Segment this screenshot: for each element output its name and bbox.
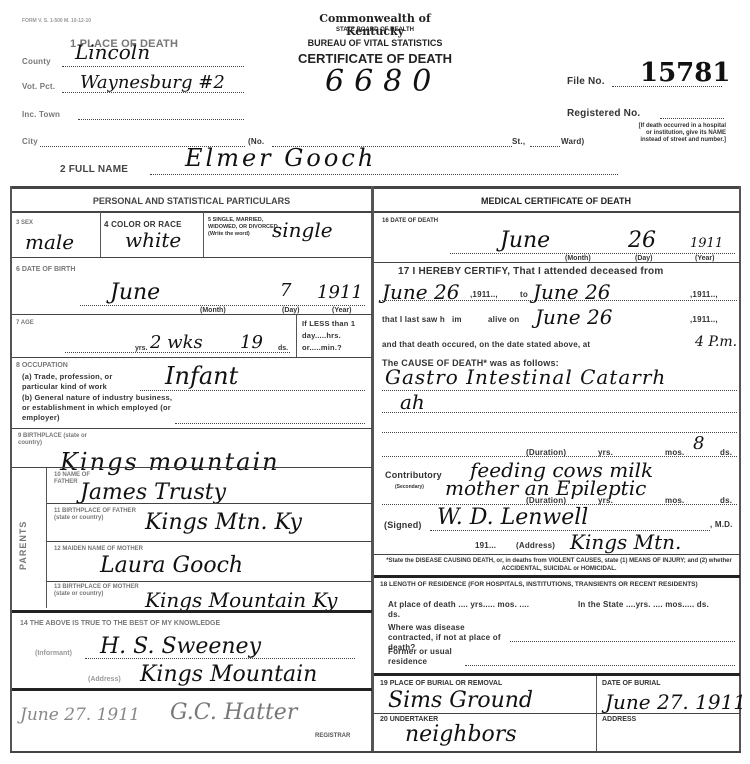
contracted-line xyxy=(510,641,735,642)
cause-line-1 xyxy=(382,390,737,391)
dob-day: 7 xyxy=(280,280,291,301)
dob-month: June xyxy=(110,280,160,305)
bureau-name: BUREAU OF VITAL STATISTICS xyxy=(270,38,480,48)
dod-month: June xyxy=(500,228,550,253)
divider xyxy=(374,262,740,263)
divider xyxy=(12,467,372,468)
divider xyxy=(12,211,372,213)
duration-ds-label: ds. xyxy=(720,448,732,457)
divider xyxy=(374,554,740,555)
divider xyxy=(12,610,372,613)
full-name-line xyxy=(150,174,618,175)
race-value: white xyxy=(125,228,181,252)
city-label: City xyxy=(22,137,38,146)
divider xyxy=(12,688,372,691)
divider xyxy=(47,541,372,542)
left-border xyxy=(10,186,12,752)
attended-from-year: ,1911.., xyxy=(470,290,498,299)
dod-day-caption: (Day) xyxy=(635,255,653,262)
divider xyxy=(47,581,372,582)
divider xyxy=(374,211,740,213)
marital-value: single xyxy=(272,218,333,242)
occupation-b-label: (b) General nature of industry business,… xyxy=(22,393,182,423)
to-label: to xyxy=(520,290,528,299)
registrar-label: REGISTRAR xyxy=(315,733,350,740)
informant-label: (Informant) xyxy=(35,650,72,657)
age-mos-value: 2 wks xyxy=(150,332,203,353)
divider xyxy=(46,468,47,608)
father-birthplace-value: Kings Mtn. Ky xyxy=(145,510,302,535)
employer-line xyxy=(175,423,365,424)
occupation-a-label: (a) Trade, profession, or particular kin… xyxy=(22,372,147,392)
former-residence-label: Former or usual residence xyxy=(388,647,468,667)
ward-label: Ward) xyxy=(561,137,584,146)
secondary-mos-label: mos. xyxy=(665,496,684,505)
physician-signature: W. D. Lenwell xyxy=(437,505,588,530)
sex-value: male xyxy=(25,230,74,254)
burial-date-label: DATE OF BURIAL xyxy=(602,680,661,687)
undertaker-address-label: ADDRESS xyxy=(602,716,636,723)
duration-days: 8 xyxy=(693,433,704,454)
secondary-ds-label: ds. xyxy=(720,496,732,505)
registered-no-line xyxy=(660,118,724,119)
full-name-value: Elmer Gooch xyxy=(185,144,376,172)
divider xyxy=(47,503,372,504)
registered-no-label: Registered No. xyxy=(567,108,640,119)
mother-value: Laura Gooch xyxy=(100,553,243,578)
dod-label: 16 DATE OF DEATH xyxy=(382,218,438,225)
father-value: James Trusty xyxy=(80,480,226,505)
center-divider xyxy=(371,186,374,752)
informant-address-label: (Address) xyxy=(88,676,121,683)
dod-month-caption: (Month) xyxy=(565,255,591,262)
st-label: St., xyxy=(512,137,525,146)
handwritten-number: 6680 xyxy=(325,64,441,99)
filed-date: June 27. 1911 xyxy=(20,705,140,725)
vot-pct-value: Waynesburg #2 xyxy=(80,72,225,93)
marital-label: 5 SINGLE, MARRIED, WIDOWED, OR DIVORCED … xyxy=(208,217,278,238)
divider xyxy=(296,315,297,358)
less-than-day-label: If LESS than 1 day.....hrs. or.....min.? xyxy=(302,318,370,354)
parents-label: PARENTS xyxy=(18,521,28,570)
age-yrs-label: yrs. xyxy=(135,345,147,352)
burial-date-value: June 27. 1911 xyxy=(605,690,746,714)
dod-day: 26 xyxy=(628,228,656,253)
secondary-duration-label: (Duration) xyxy=(526,496,566,505)
file-no-label: File No. xyxy=(567,76,605,87)
board-name: STATE BOARD OF HEALTH xyxy=(290,27,460,33)
death-occurred-label: and that death occured, on the date stat… xyxy=(382,340,590,349)
at-place-label: At place of death .... yrs..... mos. ...… xyxy=(388,600,538,620)
full-name-label: 2 FULL NAME xyxy=(60,164,128,175)
commonwealth-title: Commonwealth of Kentucky xyxy=(290,12,460,38)
residence-label: 18 LENGTH OF RESIDENCE (FOR HOSPITALS, I… xyxy=(380,581,735,589)
divider xyxy=(12,357,372,358)
divider xyxy=(12,314,372,315)
secondary-yrs-label: yrs. xyxy=(598,496,613,505)
alive-on-value: June 26 xyxy=(535,305,612,329)
last-saw-him: im xyxy=(452,315,462,324)
cause-line-3 xyxy=(382,432,737,433)
form-code: FORM V. S. 1-500 M. 10-12-10 xyxy=(22,18,91,25)
age-ds-label: ds. xyxy=(278,345,288,352)
divider xyxy=(12,428,372,429)
signed-label: (Signed) xyxy=(384,520,422,530)
inc-town-line xyxy=(78,119,244,120)
death-time: 4 P.m. xyxy=(695,334,737,350)
cause-value-2: ah xyxy=(400,390,425,414)
divider xyxy=(203,212,204,257)
physician-address-label: (Address) xyxy=(516,541,555,550)
medical-section-title: MEDICAL CERTIFICATE OF DEATH xyxy=(376,196,736,206)
vot-pct-label: Vot. Pct. xyxy=(22,82,55,91)
dob-label: 6 DATE OF BIRTH xyxy=(16,266,75,273)
cause-footnote: *State the DISEASE CAUSING DEATH, or, in… xyxy=(380,557,738,573)
birthplace-label: 9 BIRTHPLACE (state or country) xyxy=(18,433,98,447)
md-label: , M.D. xyxy=(710,520,733,529)
former-residence-line xyxy=(465,665,735,666)
last-saw-label: that I last saw h xyxy=(382,315,445,324)
occupation-label: 8 OCCUPATION xyxy=(16,362,68,369)
attended-line xyxy=(382,300,737,301)
alive-on-year: ,1911.., xyxy=(690,315,718,324)
informant-statement: 14 THE ABOVE IS TRUE TO THE BEST OF MY K… xyxy=(20,620,220,627)
header-divider xyxy=(10,186,740,189)
day-caption: (Day) xyxy=(282,307,300,314)
inc-town-label: Inc. Town xyxy=(22,110,60,119)
file-number: 15781 xyxy=(640,58,730,88)
certify-label: 17 I HEREBY CERTIFY, That I attended dec… xyxy=(398,266,663,277)
cause-line-2 xyxy=(382,412,737,413)
mother-label: 12 MAIDEN NAME OF MOTHER xyxy=(54,546,144,553)
dod-year-caption: (Year) xyxy=(695,255,714,262)
hospital-note: [If death occurred in a hospital or inst… xyxy=(634,123,726,144)
father-birthplace-label: 11 BIRTHPLACE OF FATHER (state or countr… xyxy=(54,508,144,522)
divider xyxy=(100,212,101,257)
ward-line xyxy=(530,146,560,147)
county-label: County xyxy=(22,57,51,66)
divider xyxy=(374,713,740,714)
sex-label: 3 SEX xyxy=(16,220,33,227)
date-191-label: 191... xyxy=(475,541,496,550)
secondary-label: (Secondary) xyxy=(395,484,424,491)
duration-yrs-label: yrs. xyxy=(598,448,613,457)
duration-mos-label: mos. xyxy=(665,448,684,457)
contributory-label: Contributory xyxy=(385,470,442,480)
occupation-value: Infant xyxy=(165,362,238,390)
burial-place-value: Sims Ground xyxy=(388,688,533,713)
county-line xyxy=(62,66,244,67)
mother-birthplace-value: Kings Mountain Ky xyxy=(145,588,337,612)
personal-section-title: PERSONAL AND STATISTICAL PARTICULARS xyxy=(14,196,369,206)
alive-on-label: alive on xyxy=(488,315,519,324)
in-state-label: In the State ....yrs. .... mos..... ds. xyxy=(578,600,738,610)
county-value: Lincoln xyxy=(75,40,150,64)
burial-place-label: 19 PLACE OF BURIAL OR REMOVAL xyxy=(380,680,502,687)
divider xyxy=(374,575,740,578)
divider xyxy=(374,673,740,676)
informant-value: H. S. Sweeney xyxy=(100,634,261,659)
duration-label: (Duration) xyxy=(526,448,566,457)
divider xyxy=(12,257,372,258)
undertaker-value: neighbors xyxy=(405,722,517,747)
cause-value-1: Gastro Intestinal Catarrh xyxy=(385,365,666,389)
dod-year: 1911 xyxy=(690,236,723,251)
right-border xyxy=(739,186,741,752)
registrar-signature: G.C. Hatter xyxy=(170,700,297,725)
mother-birthplace-label: 13 BIRTHPLACE OF MOTHER (state or countr… xyxy=(54,584,144,598)
dob-line xyxy=(80,305,365,306)
month-caption: (Month) xyxy=(200,307,226,314)
year-caption: (Year) xyxy=(332,307,351,314)
occupation-line xyxy=(140,390,365,391)
physician-address: Kings Mtn. xyxy=(570,530,681,554)
age-days-value: 19 xyxy=(240,332,263,353)
dob-year: 1911 xyxy=(317,282,363,303)
attended-to-year: ,1911.., xyxy=(690,290,718,299)
bottom-border xyxy=(10,751,741,753)
age-label: 7 AGE xyxy=(16,320,34,327)
dod-line xyxy=(450,253,735,254)
informant-address-value: Kings Mountain xyxy=(140,662,317,687)
